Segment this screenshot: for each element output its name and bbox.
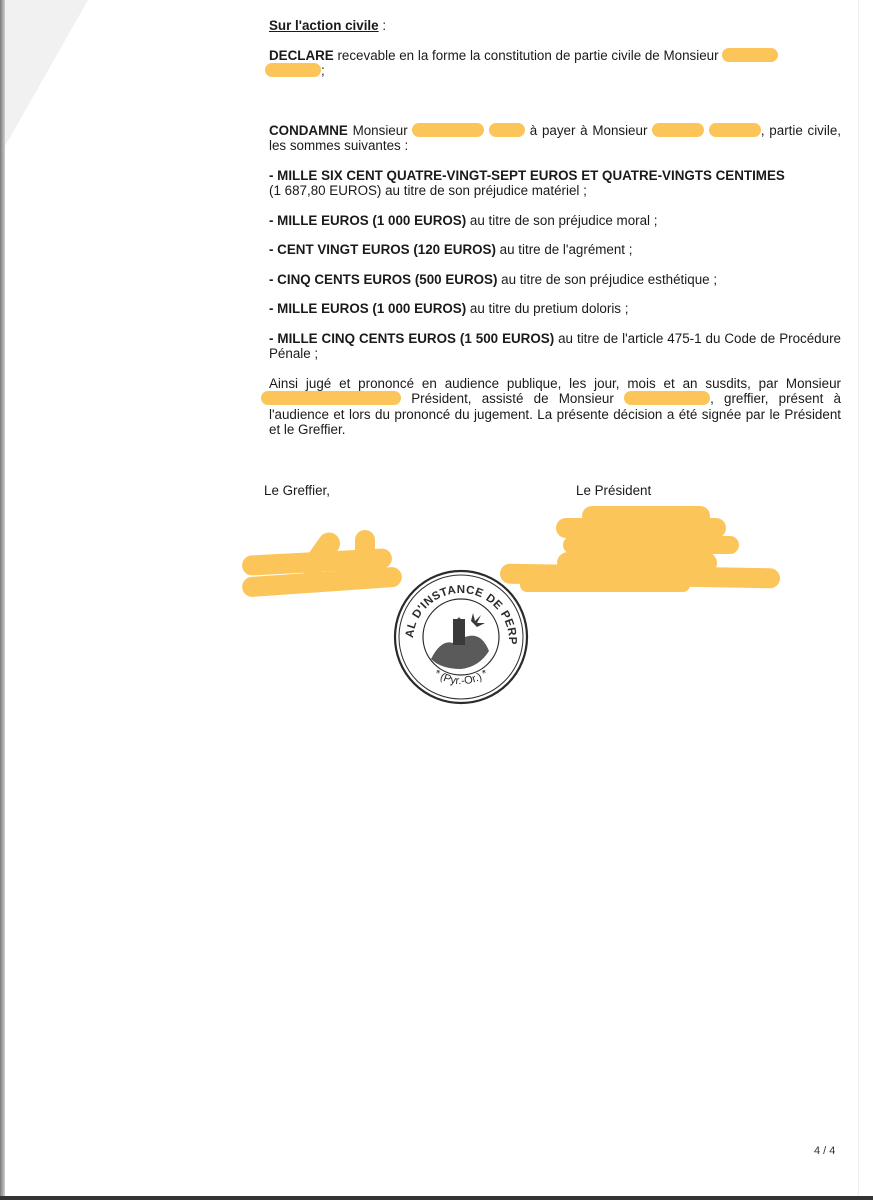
award-amount-figures: (1 000 EUROS) (369, 301, 467, 316)
award-item: - CENT VINGT EUROS (120 EUROS) au titre … (269, 242, 841, 258)
condamne-paragraph: CONDAMNE Monsieur à payer à Monsieur , p… (269, 123, 841, 154)
award-item: - MILLE SIX CENT QUATRE-VINGT-SEPT EUROS… (269, 168, 841, 199)
redacted-name (265, 63, 321, 77)
award-amount-figures: (1 000 EUROS) (369, 213, 467, 228)
award-item: - CINQ CENTS EUROS (500 EUROS) au titre … (269, 272, 841, 288)
folded-corner (0, 0, 88, 155)
section-heading-line: Sur l'action civile : (269, 18, 841, 34)
redacted-name (722, 48, 778, 62)
award-reason: au titre de son préjudice esthétique ; (497, 272, 717, 287)
page-number: 4 / 4 (814, 1145, 835, 1157)
svg-text:* (Pyr.-Or.) *: * (Pyr.-Or.) * (432, 667, 492, 687)
declare-verb: DECLARE (269, 48, 334, 63)
award-amount-words: - CENT VINGT EUROS (269, 242, 410, 257)
award-amount-figures: (500 EUROS) (411, 272, 497, 287)
award-amount-words: - CINQ CENTS EUROS (269, 272, 411, 287)
award-reason: au titre du pretium doloris ; (466, 301, 628, 316)
condamne-verb: CONDAMNE (269, 123, 348, 138)
award-reason: au titre de son préjudice matériel ; (381, 183, 586, 198)
award-item: - MILLE EUROS (1 000 EUROS) au titre de … (269, 213, 841, 229)
scan-edge-bottom (0, 1196, 873, 1200)
award-amount-figures: (1 500 EUROS) (456, 331, 554, 346)
redacted-name (261, 391, 401, 405)
award-amount-words: - MILLE EUROS (269, 213, 369, 228)
scan-edge-left (0, 0, 5, 1200)
court-stamp: TRIBUNAL D'INSTANCE DE PERPIGNAN * (Pyr.… (391, 569, 531, 705)
section-heading: Sur l'action civile (269, 18, 379, 33)
greffier-label: Le Greffier, (264, 483, 330, 498)
closing-paragraph: Ainsi jugé et prononcé en audience publi… (269, 376, 841, 438)
award-reason: au titre de l'agrément ; (496, 242, 633, 257)
award-amount-words: - MILLE EUROS (269, 301, 369, 316)
award-amount-figures: (120 EUROS) (410, 242, 496, 257)
scan-edge-right (858, 0, 859, 1200)
declare-paragraph: DECLARE recevable en la forme la constit… (269, 48, 841, 79)
awards-list: - MILLE SIX CENT QUATRE-VINGT-SEPT EUROS… (269, 168, 841, 362)
redacted-name (652, 123, 704, 137)
redacted-name (489, 123, 525, 137)
award-amount-figures: (1 687,80 EUROS) (269, 183, 381, 198)
document-body: Sur l'action civile : DECLARE recevable … (269, 18, 841, 456)
award-item: - MILLE EUROS (1 000 EUROS) au titre du … (269, 301, 841, 317)
award-amount-words: - MILLE CINQ CENTS EUROS (269, 331, 456, 346)
redacted-name (624, 391, 710, 405)
award-reason: au titre de son préjudice moral ; (466, 213, 657, 228)
award-amount-words: - MILLE SIX CENT QUATRE-VINGT-SEPT EUROS… (269, 168, 785, 183)
award-item: - MILLE CINQ CENTS EUROS (1 500 EUROS) a… (269, 331, 841, 362)
signature-block: Le Greffier, Le Président (264, 483, 684, 503)
president-label: Le Président (576, 483, 651, 498)
redacted-name (709, 123, 761, 137)
redacted-name (412, 123, 484, 137)
